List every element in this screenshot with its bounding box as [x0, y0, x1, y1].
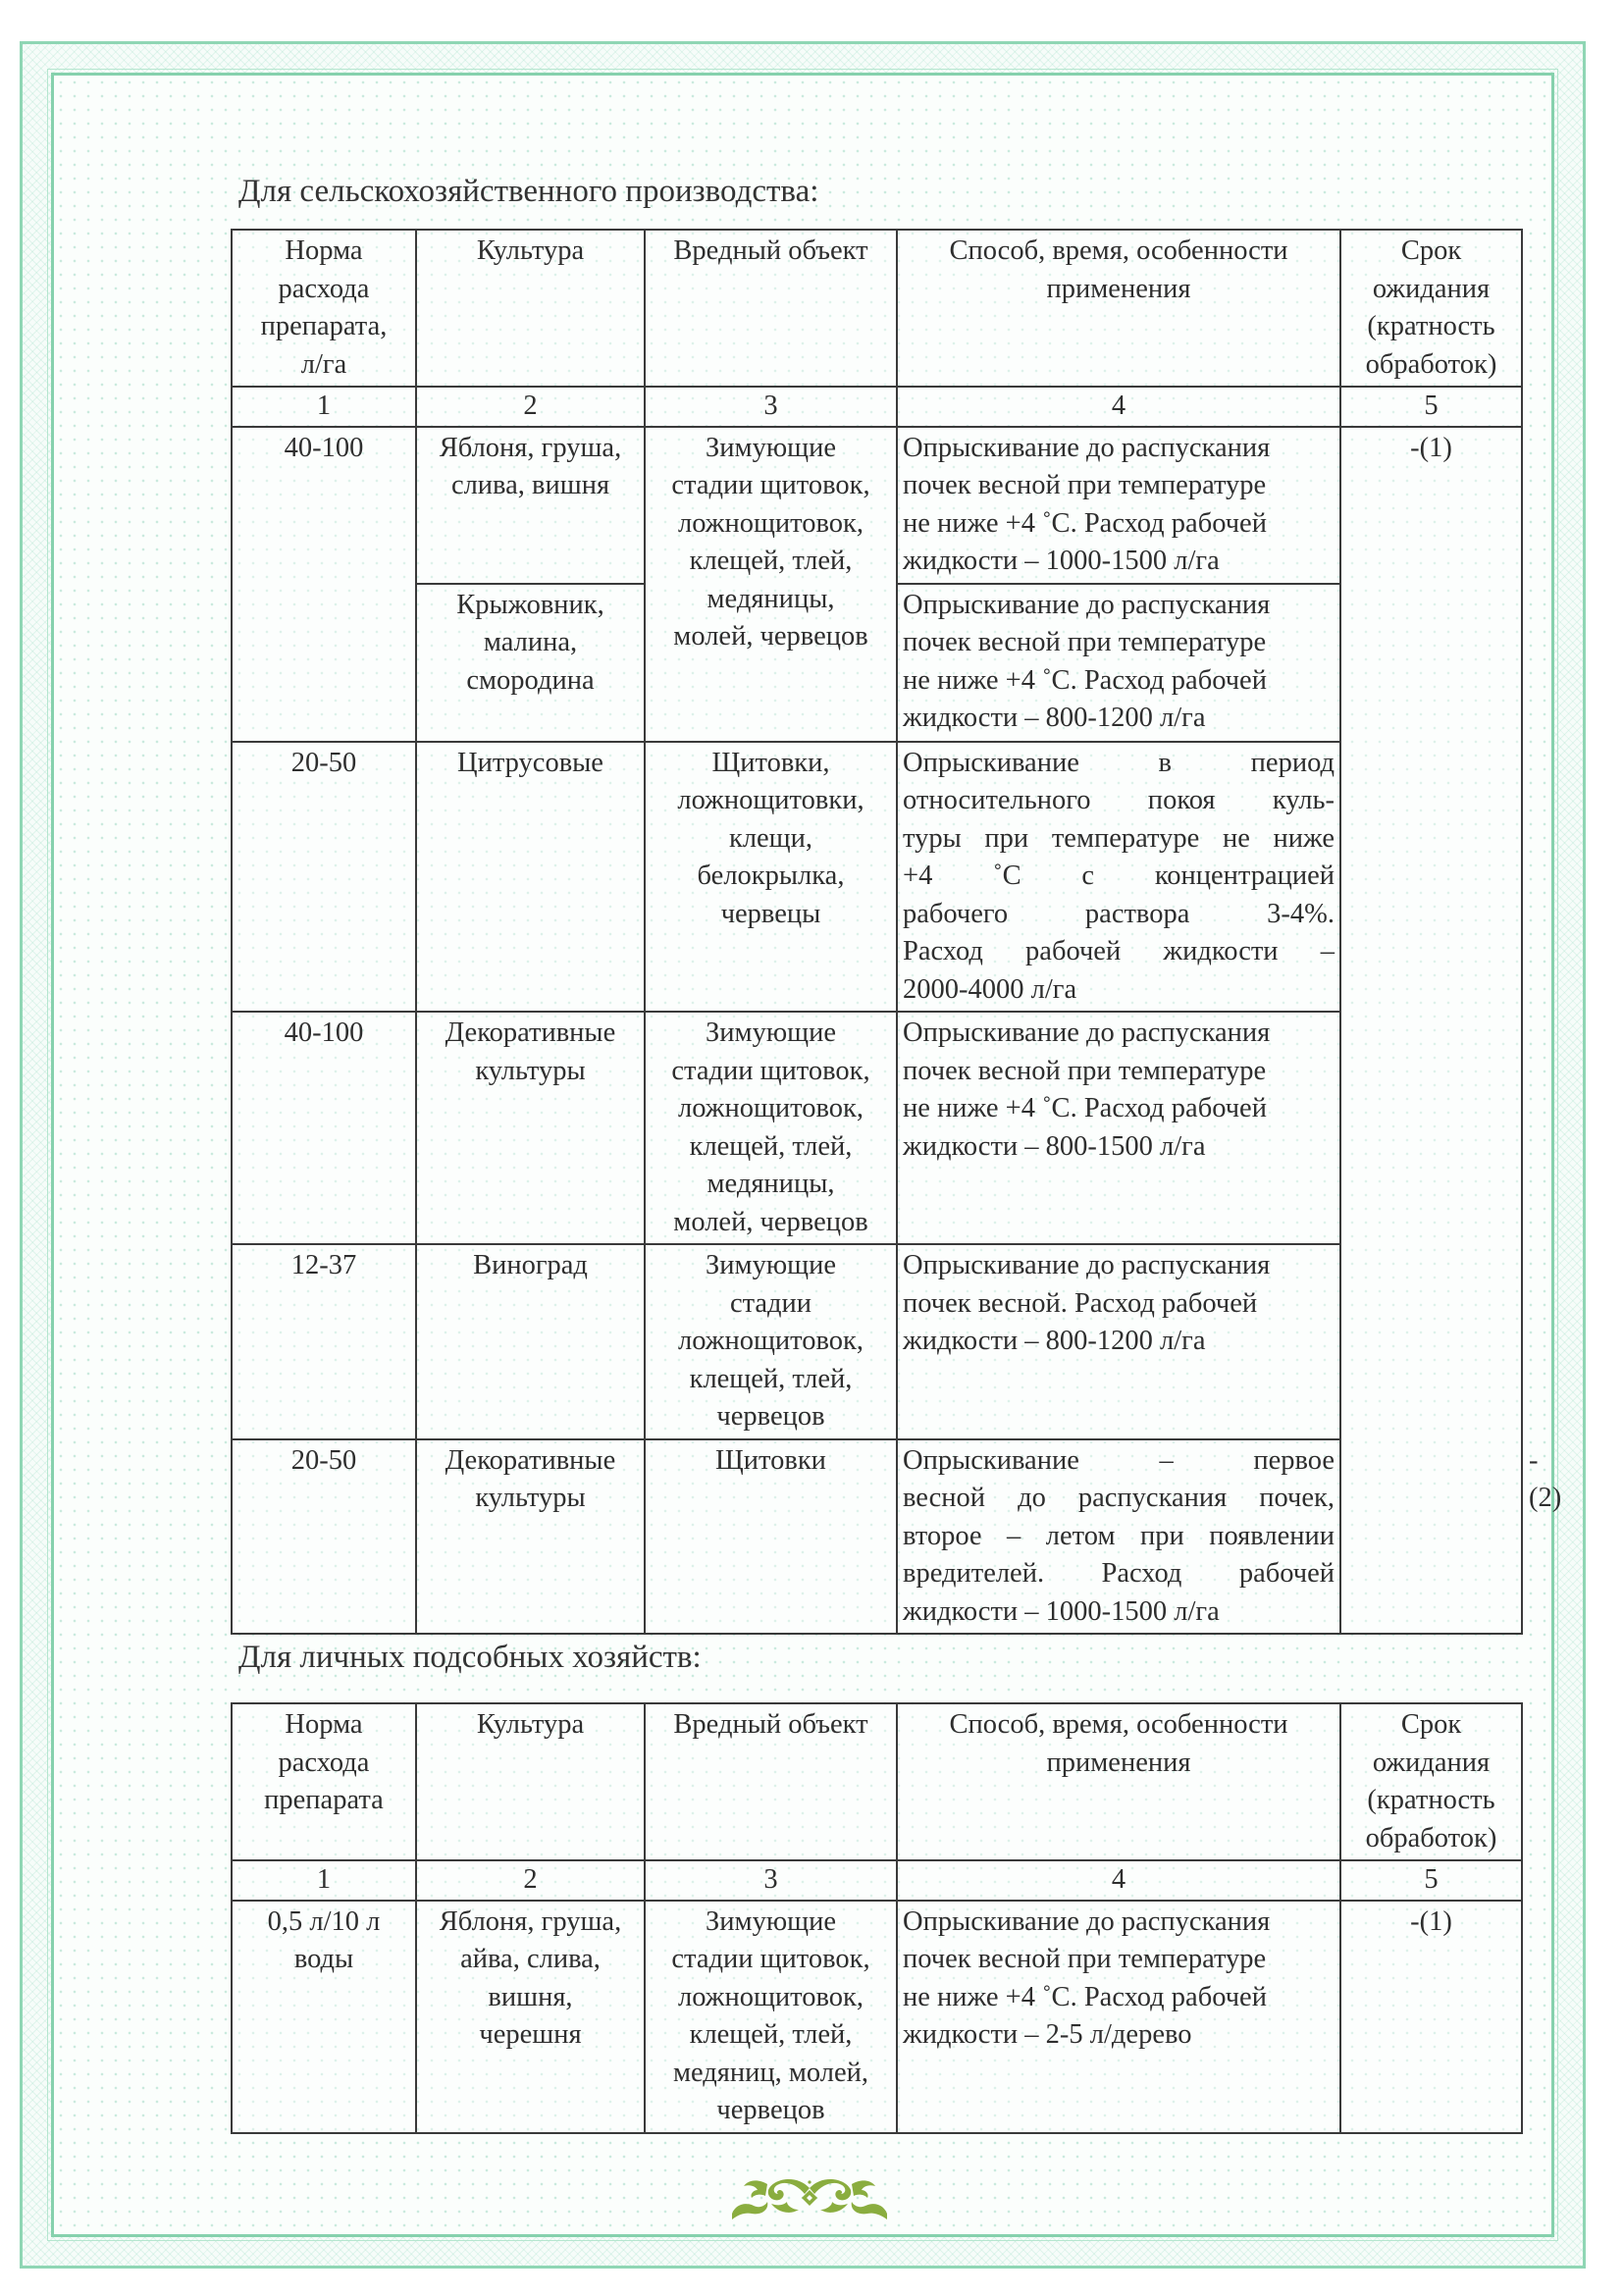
table-row: 0,5 л/10 лводы Яблоня, груша,айва, слива… — [232, 1901, 1522, 2133]
cell-text-line: Культура — [423, 233, 638, 271]
method-text-line: относительного покоя куль- — [903, 782, 1335, 820]
crop-cell: Яблоня, груша,айва, слива,вишня,черешня — [416, 1901, 645, 2133]
cell-text-line: препарата, — [238, 308, 409, 346]
cell-text-line: ложнощитовок, — [652, 1979, 890, 2017]
cell-text-line: ложнощитовок, — [652, 505, 890, 544]
cell-text-line: клещей, тлей, — [652, 543, 890, 581]
method-text-line: почек весной при температуре — [903, 1053, 1335, 1091]
column-number: 2 — [416, 1860, 645, 1901]
cell-text-line: стадии щитовок, — [652, 467, 890, 505]
cell-text-line: черешня — [423, 2016, 638, 2055]
header-pest: Вредный объект — [645, 1703, 897, 1860]
cell-text-line: Декоративные — [423, 1015, 638, 1053]
cell-text-line: Яблоня, груша, — [423, 430, 638, 468]
cell-text-line: медяницы, — [652, 1166, 890, 1204]
cell-text-line: ложнощитовок, — [652, 1323, 890, 1361]
table-header-row: Нормарасходапрепарата,л/га Культура Вред… — [232, 230, 1522, 387]
pest-cell: Зимующиестадии щитовок,ложнощитовок,клещ… — [645, 1901, 897, 2133]
cell-text-line: Срок — [1347, 1706, 1515, 1745]
crop-cell: Яблоня, груша,слива, вишня — [416, 427, 645, 584]
cell-text-line: воды — [238, 1941, 409, 1979]
cell-text-line: обработок) — [1347, 346, 1515, 385]
rate-cell: 0,5 л/10 лводы — [232, 1901, 416, 2133]
cell-text-line: айва, слива, — [423, 1941, 638, 1979]
method-cell: Опрыскивание до распусканияпочек весной … — [897, 1012, 1340, 1244]
cell-text-line: белокрылка, — [652, 858, 890, 896]
column-number-row: 1 2 3 4 5 — [232, 387, 1522, 427]
method-text-line: почек весной. Расход рабочей — [903, 1285, 1335, 1324]
rate-cell: 12-37 — [232, 1244, 416, 1439]
cell-text-line: Цитрусовые — [423, 745, 638, 783]
method-text-line: жидкости – 2-5 л/дерево — [903, 2016, 1335, 2055]
table-row: 40-100 Яблоня, груша,слива, вишня Зимующ… — [232, 427, 1522, 584]
method-text-line: не ниже +4 ˚С. Расход рабочей — [903, 1090, 1335, 1128]
cell-text-line: (кратность — [1347, 308, 1515, 346]
column-number: 5 — [1340, 387, 1522, 427]
method-text-line: Опрыскивание до распускания — [903, 1904, 1335, 1942]
cell-text-line: клещей, тлей, — [652, 1361, 890, 1399]
header-method: Способ, время, особенностиприменения — [897, 230, 1340, 387]
waiting-cell: -(1) — [1340, 1901, 1522, 2133]
column-number: 1 — [232, 387, 416, 427]
table-personal: Нормарасходапрепарата Культура Вредный о… — [231, 1702, 1523, 2134]
method-text-line: Опрыскивание до распускания — [903, 1015, 1335, 1053]
rate-cell: 40-100 — [232, 427, 416, 742]
cell-text-line: расхода — [238, 1745, 409, 1783]
cell-text-line: червецов — [652, 1398, 890, 1436]
cell-text-line: 0,5 л/10 л — [238, 1904, 409, 1942]
table-row: 40-100 Декоративныекультуры Зимующиестад… — [232, 1012, 1522, 1244]
cell-text-line: червецы — [652, 896, 890, 934]
method-text-line: Опрыскивание в период — [903, 745, 1335, 783]
cell-text-line: молей, червецов — [652, 618, 890, 656]
method-text-line: Опрыскивание до распускания — [903, 587, 1335, 625]
cell-text-line: Культура — [423, 1706, 638, 1745]
header-crop: Культура — [416, 1703, 645, 1860]
crop-cell: Декоративныекультуры — [416, 1012, 645, 1244]
cell-text-line: культуры — [423, 1480, 638, 1518]
method-text-line: жидкости – 800-1200 л/га — [903, 1323, 1335, 1361]
method-text-line: второе – летом при появлении — [903, 1518, 1335, 1556]
table-row: 20-50 Декоративныекультуры Щитовки Опрыс… — [232, 1439, 1522, 1635]
cell-text-line: расхода — [238, 271, 409, 309]
cell-text-line: ожидания — [1347, 1745, 1515, 1783]
method-text-line: жидкости – 1000-1500 л/га — [903, 1593, 1335, 1632]
header-crop: Культура — [416, 230, 645, 387]
cell-text-line: Зимующие — [652, 1904, 890, 1942]
cell-text-line: Срок — [1347, 233, 1515, 271]
cell-text-line: Щитовки, — [652, 745, 890, 783]
column-number: 3 — [645, 1860, 897, 1901]
cell-text-line: л/га — [238, 346, 409, 385]
method-text-line: жидкости – 800-1200 л/га — [903, 700, 1335, 738]
crop-cell: Виноград — [416, 1244, 645, 1439]
column-number-row: 1 2 3 4 5 — [232, 1860, 1522, 1901]
table-row: 12-37 Виноград Зимующиестадииложнощитово… — [232, 1244, 1522, 1439]
cell-text-line: смородина — [423, 662, 638, 701]
cell-text-line: Норма — [238, 233, 409, 271]
method-text-line: почек весной при температуре — [903, 624, 1335, 662]
column-number: 4 — [897, 387, 1340, 427]
cell-text-line: препарата — [238, 1782, 409, 1820]
cell-text-line: клещи, — [652, 820, 890, 859]
cell-text-line: вишня, — [423, 1979, 638, 2017]
header-waiting: Срокожидания(кратностьобработок) — [1340, 230, 1522, 387]
cell-text-line: Зимующие — [652, 1247, 890, 1285]
header-method: Способ, время, особенностиприменения — [897, 1703, 1340, 1860]
method-text-line: +4 ˚С с концентрацией — [903, 858, 1335, 896]
cell-text-line: Способ, время, особенности — [904, 233, 1334, 271]
cell-text-line: Зимующие — [652, 1015, 890, 1053]
cell-text-line: Виноград — [423, 1247, 638, 1285]
cell-text-line: слива, вишня — [423, 467, 638, 505]
cell-text-line: ложнощитовки, — [652, 782, 890, 820]
header-rate: Нормарасходапрепарата — [232, 1703, 416, 1860]
method-cell: Опрыскивание до распусканияпочек весной … — [897, 427, 1340, 584]
cell-text-line: Щитовки — [652, 1442, 890, 1481]
method-text-line: не ниже +4 ˚С. Расход рабочей — [903, 1979, 1335, 2017]
cell-text-line: культуры — [423, 1053, 638, 1091]
table-row: 20-50 Цитрусовые Щитовки,ложнощитовки,кл… — [232, 742, 1522, 1013]
rate-cell: 20-50 — [232, 742, 416, 1013]
cell-text-line: Норма — [238, 1706, 409, 1745]
method-text-line: Опрыскивание до распускания — [903, 1247, 1335, 1285]
table-header-row: Нормарасходапрепарата Культура Вредный о… — [232, 1703, 1522, 1860]
floral-ornament-icon — [728, 2176, 891, 2221]
method-cell: Опрыскивание – первоевесной до распускан… — [897, 1439, 1340, 1635]
cell-text-line: Вредный объект — [652, 233, 890, 271]
cell-text-line: червецов — [652, 2092, 890, 2130]
header-pest: Вредный объект — [645, 230, 897, 387]
cell-text-line: медяниц, молей, — [652, 2055, 890, 2093]
cell-text-line: малина, — [423, 624, 638, 662]
method-cell: Опрыскивание в периодотносительного поко… — [897, 742, 1340, 1013]
method-text-line: Опрыскивание до распускания — [903, 430, 1335, 468]
method-text-line: жидкости – 1000-1500 л/га — [903, 543, 1335, 581]
cell-text-line: стадии — [652, 1285, 890, 1324]
table-agricultural: Нормарасходапрепарата,л/га Культура Вред… — [231, 229, 1523, 1635]
cell-text-line: ожидания — [1347, 271, 1515, 309]
pest-cell: Щитовки — [645, 1439, 897, 1635]
column-number: 2 — [416, 387, 645, 427]
method-cell: Опрыскивание до распусканияпочек весной … — [897, 1901, 1340, 2133]
cell-text-line: Яблоня, груша, — [423, 1904, 638, 1942]
cell-text-line: клещей, тлей, — [652, 1128, 890, 1167]
header-rate: Нормарасходапрепарата,л/га — [232, 230, 416, 387]
pest-cell: Зимующиестадии щитовок,ложнощитовок,клещ… — [645, 1012, 897, 1244]
method-cell: Опрыскивание до распусканияпочек весной … — [897, 584, 1340, 742]
pest-cell: Щитовки,ложнощитовки,клещи,белокрылка,че… — [645, 742, 897, 1013]
method-text-line: 2000-4000 л/га — [903, 971, 1335, 1010]
cell-text-line: Зимующие — [652, 430, 890, 468]
cell-text-line: обработок) — [1347, 1820, 1515, 1858]
method-text-line: не ниже +4 ˚С. Расход рабочей — [903, 662, 1335, 701]
method-text-line: вредителей. Расход рабочей — [903, 1555, 1335, 1593]
column-number: 5 — [1340, 1860, 1522, 1901]
cell-text-line: Вредный объект — [652, 1706, 890, 1745]
waiting-cell: -(1) — [1340, 427, 1522, 1635]
cell-text-line: стадии щитовок, — [652, 1053, 890, 1091]
method-text-line: рабочего раствора 3-4%. — [903, 896, 1335, 934]
cell-text-line: применения — [904, 1745, 1334, 1783]
section-heading-agricultural: Для сельскохозяйственного производства: — [238, 173, 818, 210]
cell-text-line: ложнощитовок, — [652, 1090, 890, 1128]
cell-text-line: Декоративные — [423, 1442, 638, 1481]
method-text-line: туры при температуре не ниже — [903, 820, 1335, 859]
cell-text-line: Способ, время, особенности — [904, 1706, 1334, 1745]
method-text-line: жидкости – 800-1500 л/га — [903, 1128, 1335, 1167]
cell-text-line: (кратность — [1347, 1782, 1515, 1820]
header-waiting: Срокожидания(кратностьобработок) — [1340, 1703, 1522, 1860]
cell-text-line: применения — [904, 271, 1334, 309]
column-number: 4 — [897, 1860, 1340, 1901]
pest-cell: Зимующиестадииложнощитовок,клещей, тлей,… — [645, 1244, 897, 1439]
rate-cell: 40-100 — [232, 1012, 416, 1244]
section-heading-personal: Для личных подсобных хозяйств: — [238, 1639, 702, 1676]
method-text-line: почек весной при температуре — [903, 467, 1335, 505]
cell-text-line: Крыжовник, — [423, 587, 638, 625]
method-text-line: весной до распускания почек, — [903, 1480, 1335, 1518]
cell-text-line: молей, червецов — [652, 1204, 890, 1242]
crop-cell: Цитрусовые — [416, 742, 645, 1013]
method-text-line: не ниже +4 ˚С. Расход рабочей — [903, 505, 1335, 544]
method-text-line: Расход рабочей жидкости – — [903, 933, 1335, 971]
column-number: 3 — [645, 387, 897, 427]
crop-cell: Крыжовник,малина,смородина — [416, 584, 645, 742]
pest-cell: Зимующиестадии щитовок,ложнощитовок,клещ… — [645, 427, 897, 742]
column-number: 1 — [232, 1860, 416, 1901]
method-cell: Опрыскивание до распусканияпочек весной.… — [897, 1244, 1340, 1439]
cell-text-line: медяницы, — [652, 581, 890, 619]
cell-text-line: клещей, тлей, — [652, 2016, 890, 2055]
method-text-line: Опрыскивание – первое — [903, 1442, 1335, 1481]
rate-cell: 20-50 — [232, 1439, 416, 1635]
crop-cell: Декоративныекультуры — [416, 1439, 645, 1635]
method-text-line: почек весной при температуре — [903, 1941, 1335, 1979]
cell-text-line: стадии щитовок, — [652, 1941, 890, 1979]
